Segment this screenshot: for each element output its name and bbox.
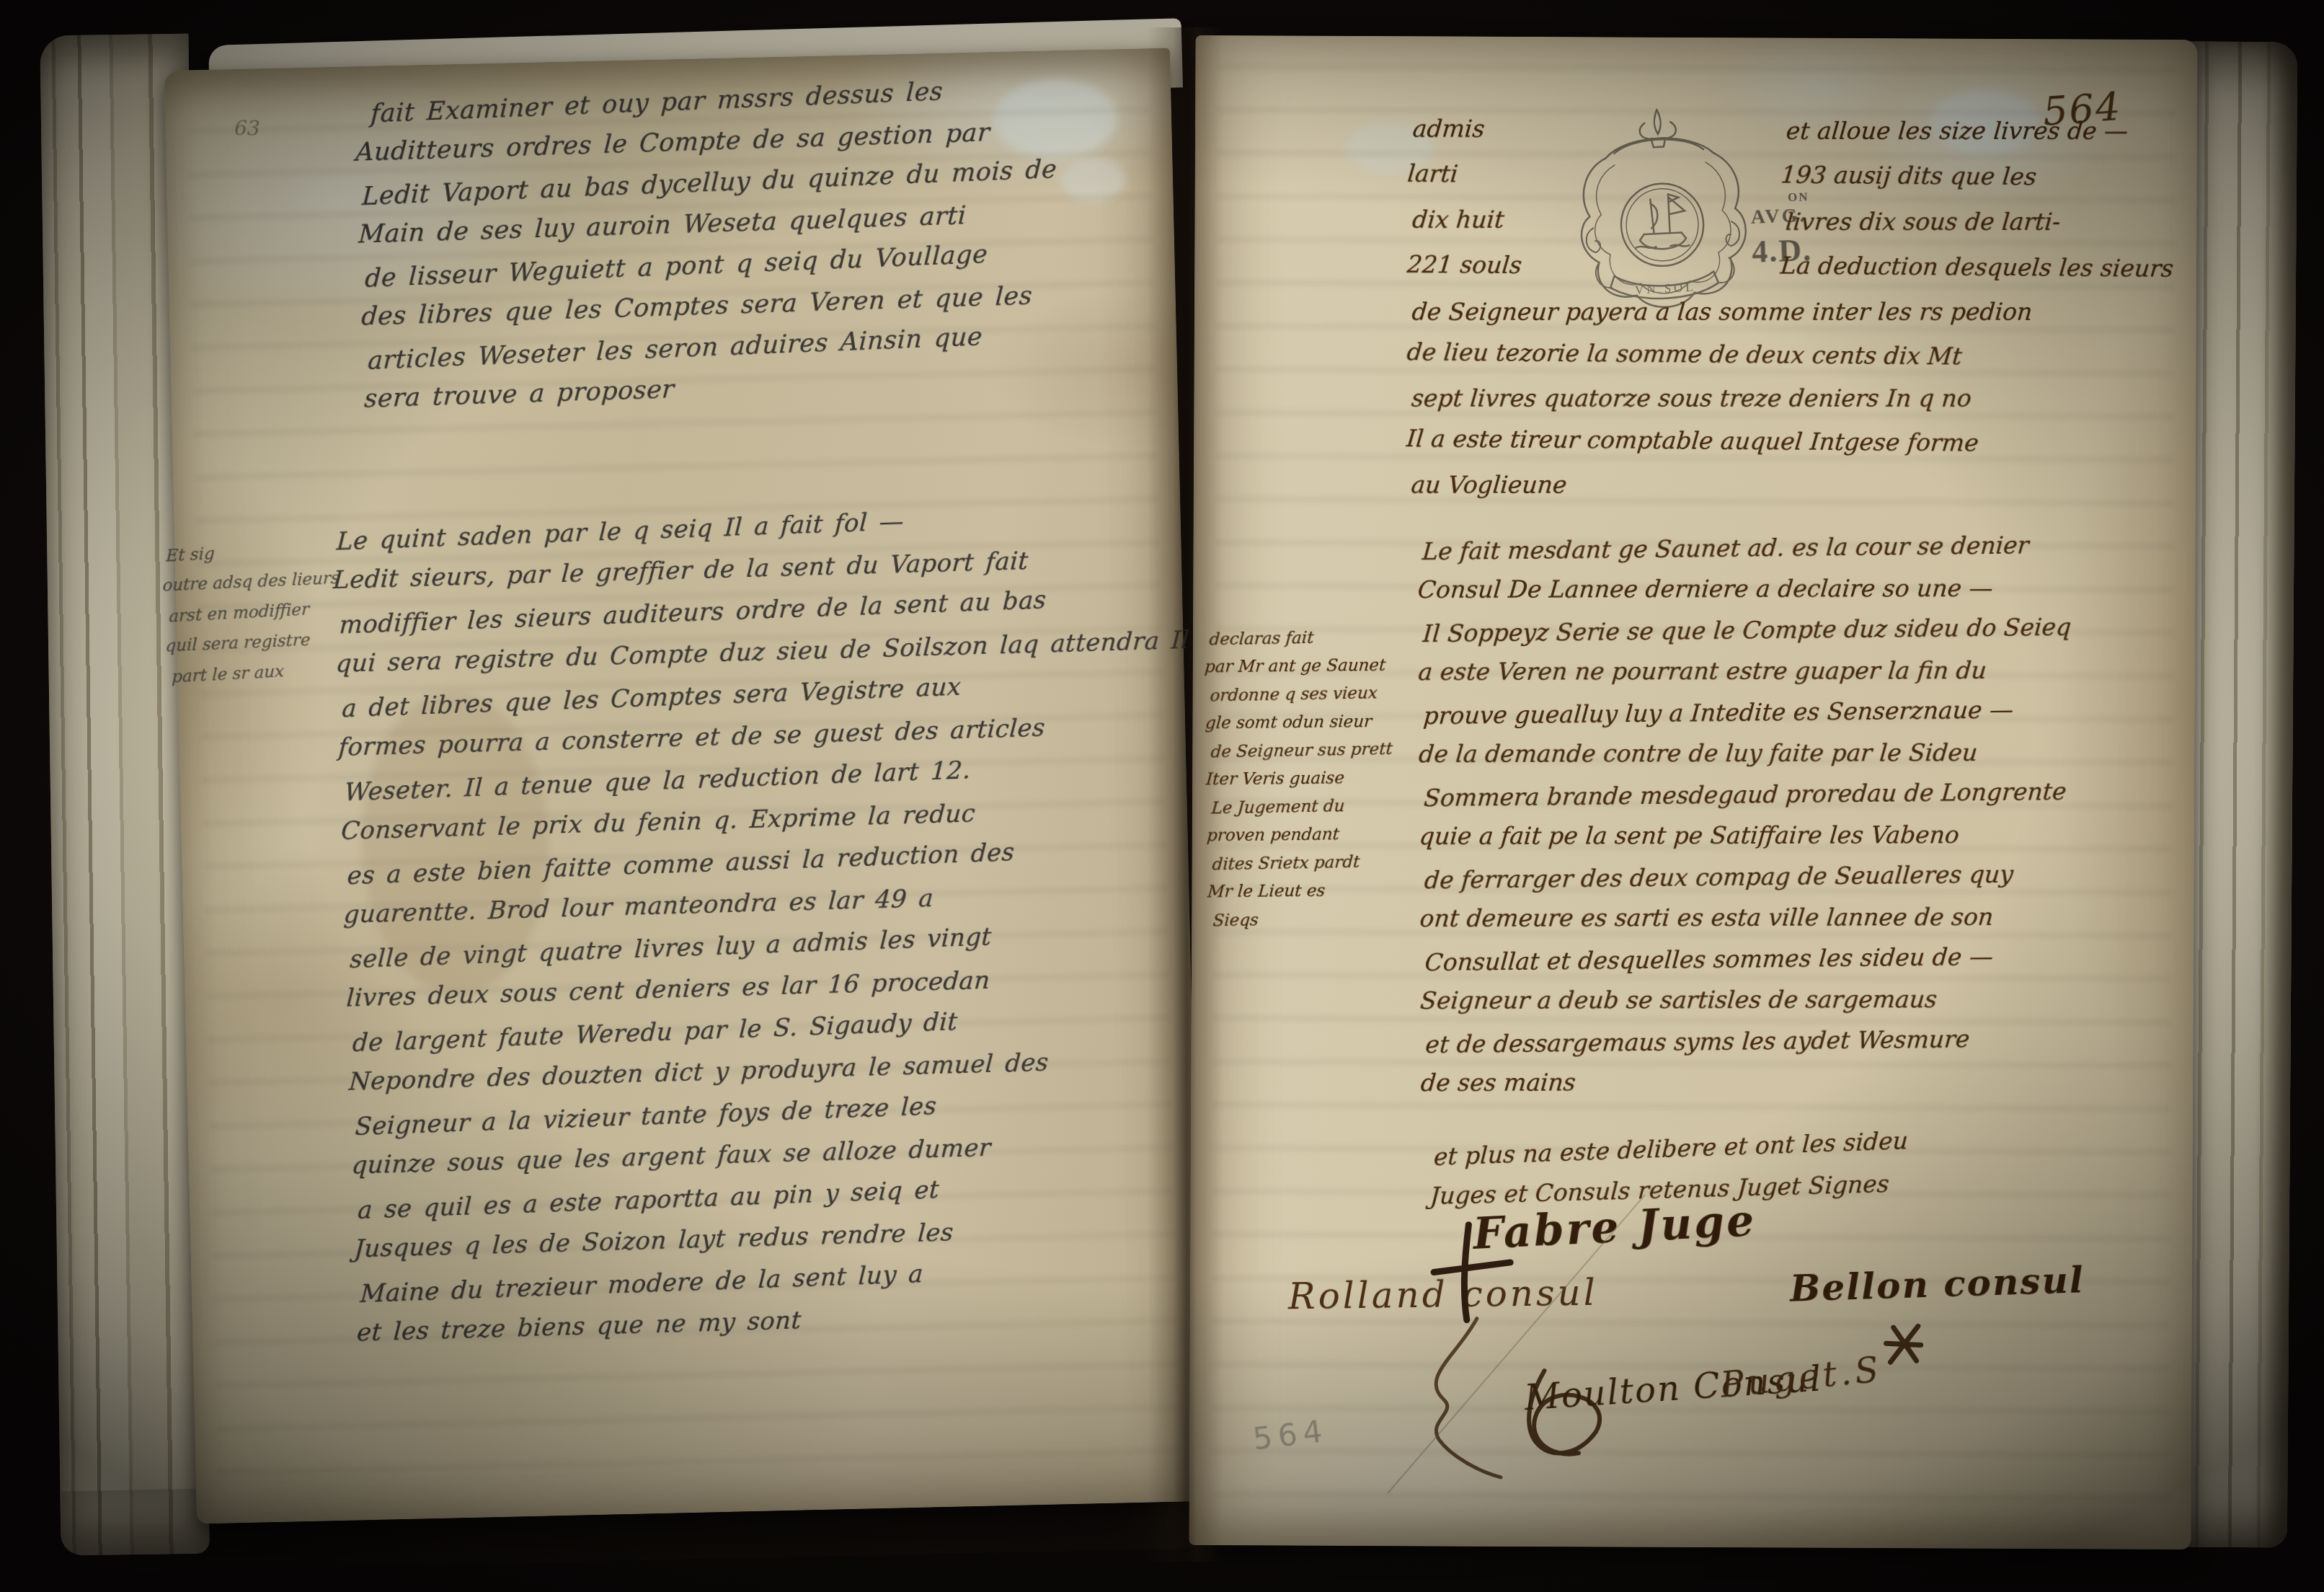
manuscript-line: livres dix sous de larti- — [1784, 199, 2192, 244]
signature-rolland-consul: Rolland consul — [1288, 1272, 1599, 1318]
margin-note-line: dites Srietx pardt — [1211, 847, 1429, 879]
manuscript-line: et alloue les size livres de — — [1784, 108, 2192, 154]
margin-note-line: Iter Veris guaise — [1205, 764, 1424, 794]
account-paragraph: Le quint saden par le q seiq Il a fait f… — [333, 493, 1195, 1356]
margin-note-line: declaras fait — [1208, 622, 1427, 654]
manuscript-line: Consul De Lannee derniere a declaire so … — [1416, 567, 2177, 610]
manuscript-line: de ferrarger des deux compag de Seualler… — [1423, 852, 2183, 901]
right-page: 564 VN SOL ON AVG. 4.D. admislartidix hu… — [1189, 35, 2197, 1549]
margin-note-line: gle somt odun sieur — [1205, 707, 1423, 738]
manuscript-line: admis — [1411, 106, 1588, 151]
left-page: 63 fait Examiner et ouy par mssrs dessus… — [164, 48, 1202, 1524]
signature-puget: Puget.S — [1718, 1350, 1884, 1406]
stamp-fleur-de-lis-icon — [1638, 109, 1677, 148]
manuscript-line: Il a este tireur comptable auquel Intges… — [1404, 417, 2186, 466]
manuscript-line: Le fait mesdant ge Saunet ad. es la cour… — [1421, 523, 2181, 572]
margin-note-line: par Mr ant ge Saunet — [1204, 651, 1422, 681]
manuscript-line: sept livres quatorze sous treze deniers … — [1410, 377, 2193, 420]
header-right-fragments: et alloue les size livres de —193 ausij … — [1783, 107, 2187, 291]
bellon-paraph — [1886, 1326, 1921, 1362]
stamp-center-ring-inner — [1625, 187, 1700, 262]
manuscript-line: larti — [1406, 151, 1583, 198]
manuscript-line: de Seigneur payera a las somme inter les… — [1410, 291, 2193, 334]
manuscript-line: de lieu tezorie la somme de deux cents d… — [1405, 330, 2187, 379]
manuscript-line: Sommera brande mesdegaud proredau de Lon… — [1422, 769, 2183, 818]
margin-note-line: Sieqs — [1212, 903, 1430, 935]
opening-paragraph: fait Examiner et ouy par mssrs dessus le… — [355, 66, 1152, 422]
manuscript-line: Il Soppeyz Serie se que le Compte duz si… — [1422, 605, 2182, 654]
manuscript-line: Seigneur a deub se sartisles de sargemau… — [1419, 978, 2179, 1021]
manuscript-line: a este Veren ne pourrant estre guaper la… — [1416, 649, 2177, 692]
margin-note-line: Mr le Lieut es — [1207, 876, 1425, 906]
closing-formula: et plus na este delibere et ont les side… — [1430, 1113, 2153, 1218]
manuscript-line: prouve guealluy luy a Intedite es Senser… — [1422, 687, 2183, 736]
margin-note-line: ordonne q ses vieux — [1209, 678, 1427, 710]
manuscript-line: au Voglieune — [1409, 464, 2192, 507]
manuscript-line: ont demeure es sarti es esta ville lanne… — [1418, 895, 2178, 939]
archival-register-photo: 63 fait Examiner et ouy par mssrs dessus… — [0, 0, 2324, 1592]
manuscript-line: 193 ausij dits que les — [1779, 152, 2187, 200]
margin-note-line: de Seigneur sus prett — [1210, 735, 1428, 766]
manuscript-line: de la demande contre de luy faite par le… — [1417, 731, 2178, 774]
signature-bellon-consul: Bellon consul — [1789, 1258, 2085, 1309]
manuscript-line: La deduction desquels les sieurs — [1778, 243, 2186, 291]
manuscript-line: de ses mains — [1419, 1060, 2180, 1103]
manuscript-line: dix huit — [1411, 197, 1588, 242]
stamp-ship-icon — [1633, 193, 1690, 250]
header-left-fragments: admislartidix huit221 souls — [1409, 105, 1583, 288]
manuscript-line: 221 souls — [1405, 242, 1582, 288]
manuscript-line: et de dessargemaus syms les aydet Wesmur… — [1424, 1016, 2184, 1065]
rolland-paraph — [1436, 1318, 1502, 1477]
manuscript-line: Consullat et desquelles sommes les sideu… — [1424, 934, 2184, 983]
left-page-corner-number: 63 — [234, 116, 260, 140]
margin-note-line: proven pendant — [1206, 820, 1424, 850]
pencil-folio-number: 564 — [1251, 1413, 1330, 1457]
right-margin-notes: declaras faitpar Mr ant ge Saunetordonne… — [1206, 623, 1427, 935]
stamp-cartouche-inner — [1592, 159, 1734, 296]
stamp-center-ring — [1619, 182, 1705, 267]
deliberation-paragraph: Le fait mesdant ge Saunet ad. es la cour… — [1419, 524, 2180, 1104]
margin-note-line: Le Jugement du — [1210, 791, 1429, 823]
header-paragraph: de Seigneur payera a las somme inter les… — [1409, 288, 2188, 508]
left-margin-notes: Et sigoutre adsq des lieursarst en modif… — [163, 531, 386, 692]
manuscript-line: quie a fait pe la sent pe Satiffaire les… — [1418, 813, 2178, 857]
